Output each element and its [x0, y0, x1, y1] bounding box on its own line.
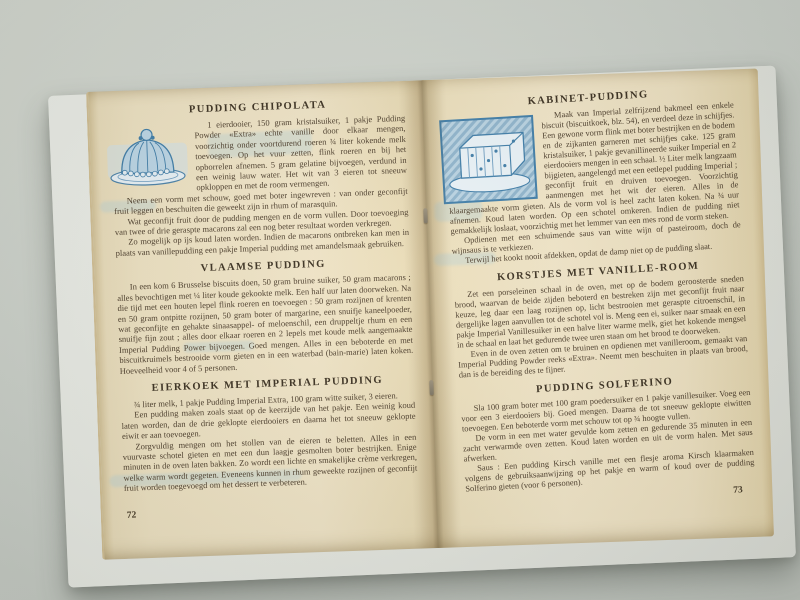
recipe-paragraph: Zorgvuldig mengen om het stollen van de … — [122, 431, 418, 493]
staple — [429, 380, 434, 395]
page-number-left: 72 — [127, 511, 137, 521]
loaf-pudding-illustration — [438, 114, 539, 205]
page-number-right: 73 — [733, 485, 743, 496]
recipe-kabinet-pudding: KABINET-PUDDING — [443, 84, 742, 266]
open-book-spread: PUDDING CHIPOLATA — [86, 69, 774, 560]
right-page: KABINET-PUDDING — [422, 69, 774, 548]
left-page-content: PUDDING CHIPOLATA — [88, 80, 440, 559]
recipe-korstjes: KORSTJES MET VANILLE-ROOM Zet een porsel… — [453, 258, 749, 381]
recipe-chipolata: PUDDING CHIPOLATA — [111, 97, 410, 258]
recipe-eierkoek: EIERKOEK MET IMPERIAL PUDDING ¾ liter me… — [120, 374, 418, 494]
staple — [423, 208, 428, 223]
recipe-solferino: PUDDING SOLFERINO Sla 100 gram boter met… — [460, 372, 756, 495]
left-page: PUDDING CHIPOLATA — [86, 80, 440, 560]
recipe-vlaamse-pudding: VLAAMSE PUDDING In een kom 6 Brusselse b… — [116, 256, 414, 376]
right-page-content: KABINET-PUDDING — [422, 69, 774, 548]
pudding-mold-illustration — [105, 122, 189, 189]
book-photo: PUDDING CHIPOLATA — [0, 0, 800, 600]
recipe-paragraph: In een kom 6 Brusselse biscuits doen, 50… — [117, 272, 414, 376]
